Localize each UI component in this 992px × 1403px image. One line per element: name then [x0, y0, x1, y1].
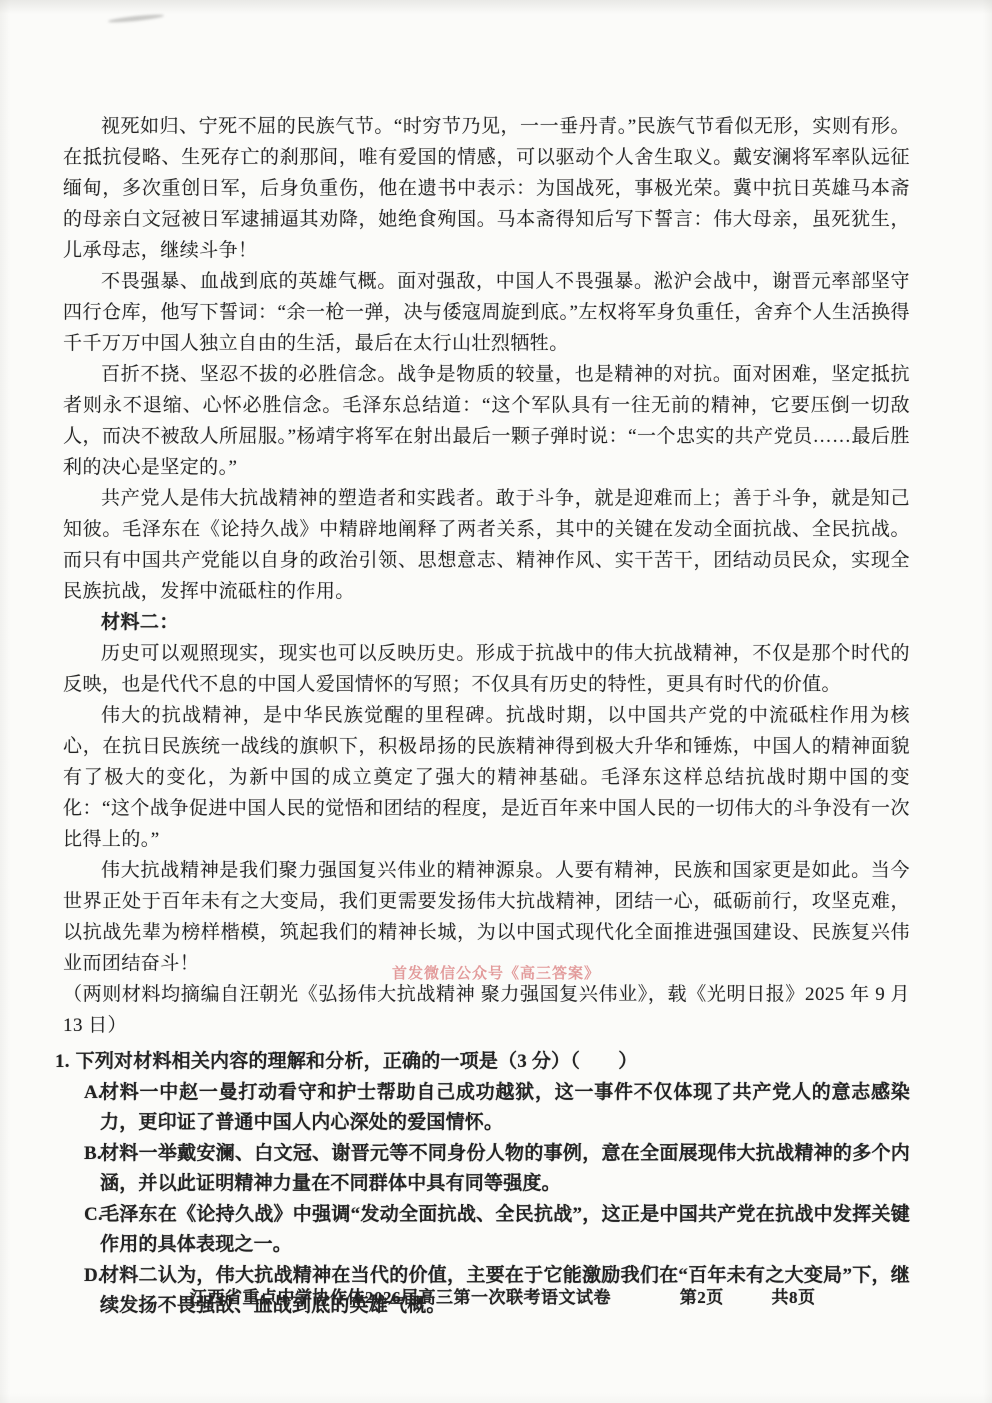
footer-page-number: 第2页: [680, 1288, 724, 1307]
option-c-text: 毛泽东在《论持久战》中强调“发动全面抗战、全民抗战”，这正是中国共产党在抗战中发…: [100, 1204, 910, 1256]
question-1: 1.下列对材料相关内容的理解和分析，正确的一项是（3 分）（ ） A. 材料一中…: [55, 1047, 910, 1322]
red-watermark-text: 首发微信公众号《高三答案》: [0, 962, 992, 983]
question-1-option-c: C. 毛泽东在《论持久战》中强调“发动全面抗战、全民抗战”，这正是中国共产党在抗…: [55, 1200, 910, 1261]
question-1-option-b: B. 材料一举戴安澜、白文冠、谢晋元等不同身份人物的事例，意在全面展现伟大抗战精…: [55, 1139, 910, 1200]
question-1-number: 1.: [55, 1051, 70, 1072]
footer-exam-title: 江西省重点中学协作体2026届高三第一次联考语文试卷: [190, 1288, 611, 1307]
option-b-text: 材料一举戴安澜、白文冠、谢晋元等不同身份人物的事例，意在全面展现伟大抗战精神的多…: [100, 1143, 910, 1195]
material-one-paragraph-4: 共产党人是伟大抗战精神的塑造者和实践者。敢于斗争，就是迎难而上；善于斗争，就是知…: [63, 483, 910, 607]
material-two-paragraph-2: 伟大的抗战精神，是中华民族觉醒的里程碑。抗战时期，以中国共产党的中流砥柱作用为核…: [63, 700, 910, 855]
option-b-label: B.: [84, 1139, 102, 1170]
material-two-paragraph-3: 伟大抗战精神是我们聚力强国复兴伟业的精神源泉。人要有精神，民族和国家更是如此。当…: [63, 855, 910, 979]
option-c-label: C.: [84, 1200, 103, 1231]
question-1-stem-text: 下列对材料相关内容的理解和分析，正确的一项是（3 分）（ ）: [76, 1051, 638, 1072]
material-one-paragraph-1: 视死如归、宁死不屈的民族气节。“时穷节乃见，一一垂丹青。”民族气节看似无形，实则…: [63, 111, 910, 266]
option-a-text: 材料一中赵一曼打动看守和护士帮助自己成功越狱，这一事件不仅体现了共产党人的意志感…: [100, 1082, 910, 1134]
source-citation: （两则材料均摘编自汪朝光《弘扬伟大抗战精神 聚力强国复兴伟业》，载《光明日报》2…: [63, 979, 910, 1041]
page-content: 视死如归、宁死不屈的民族气节。“时穷节乃见，一一垂丹青。”民族气节看似无形，实则…: [63, 111, 910, 1322]
question-1-stem: 1.下列对材料相关内容的理解和分析，正确的一项是（3 分）（ ）: [55, 1047, 910, 1078]
footer-page-total: 共8页: [772, 1288, 816, 1307]
scan-smudge-mark: [108, 13, 164, 24]
question-1-option-a: A. 材料一中赵一曼打动看守和护士帮助自己成功越狱，这一事件不仅体现了共产党人的…: [55, 1078, 910, 1139]
scanned-exam-page: { "document": { "material_one": { "parag…: [0, 0, 992, 1403]
material-two-heading: 材料二：: [63, 607, 910, 638]
option-a-label: A.: [84, 1078, 103, 1109]
paper-background: 视死如归、宁死不屈的民族气节。“时穷节乃见，一一垂丹青。”民族气节看似无形，实则…: [0, 0, 992, 1403]
material-two-paragraph-1: 历史可以观照现实，现实也可以反映历史。形成于抗战中的伟大抗战精神，不仅是那个时代…: [63, 638, 910, 700]
page-footer: 江西省重点中学协作体2026届高三第一次联考语文试卷 第2页 共8页: [0, 1283, 992, 1308]
material-one-paragraph-2: 不畏强暴、血战到底的英雄气概。面对强敌，中国人不畏强暴。淞沪会战中，谢晋元率部坚…: [63, 266, 910, 359]
material-one-paragraph-3: 百折不挠、坚忍不拔的必胜信念。战争是物质的较量，也是精神的对抗。面对困难，坚定抵…: [63, 359, 910, 483]
